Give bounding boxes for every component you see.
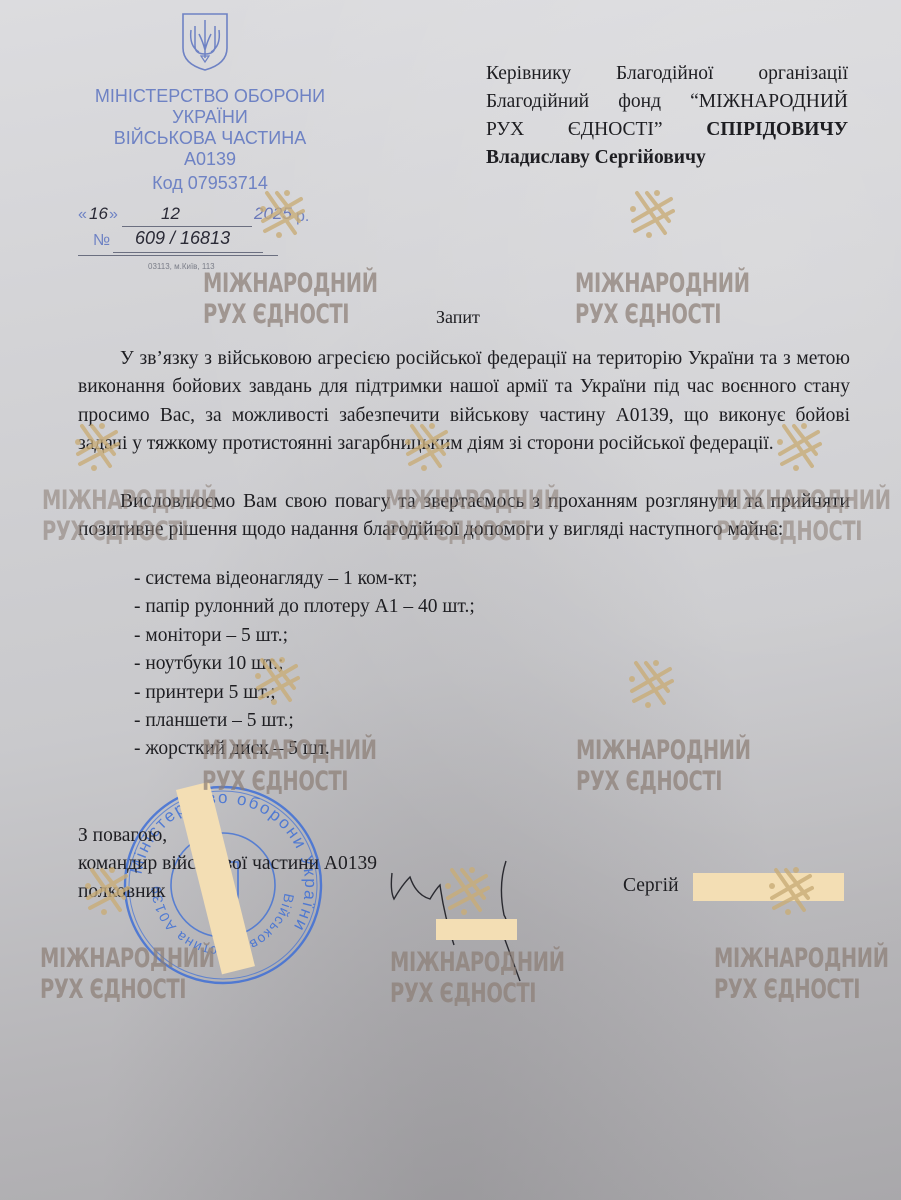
letterhead-ministry: МІНІСТЕРСТВО ОБОРОНИ xyxy=(70,86,350,107)
document-title: Запит xyxy=(436,307,480,328)
list-item: - планшети – 5 шт.; xyxy=(134,707,475,735)
watermark-logo-icon xyxy=(255,185,311,241)
watermark-logo-icon xyxy=(250,652,306,708)
addressee-given-names: Владиславу Сергійовичу xyxy=(486,144,848,172)
letterhead-unit-number: А0139 xyxy=(70,149,350,170)
list-item: - папір рулонний до плотеру А1 – 40 шт.; xyxy=(134,593,475,621)
date-month: 12 xyxy=(161,204,180,224)
watermark-text: МІЖНАРОДНИЙРУХ ЄДНОСТІ xyxy=(716,485,891,547)
date-open-quote: « xyxy=(78,206,87,224)
watermark-logo-icon xyxy=(80,862,136,918)
watermark-logo-icon xyxy=(625,185,681,241)
watermark-text: МІЖНАРОДНИЙРУХ ЄДНОСТІ xyxy=(714,943,889,1005)
date-underline xyxy=(122,226,252,227)
addressee-line-3: РУХ ЄДНОСТІ” СПІРІДОВИЧУ xyxy=(486,116,848,144)
watermark-text: МІЖНАРОДНИЙРУХ ЄДНОСТІ xyxy=(202,735,377,797)
watermark-logo-icon xyxy=(400,418,456,474)
addressee-line-2: Благодійний фонд “МІЖНАРОДНИЙ xyxy=(486,88,848,116)
list-item: - система відеонагляду – 1 ком-кт; xyxy=(134,565,475,593)
letterhead-country: УКРАЇНИ xyxy=(70,107,350,128)
addressee-org-name: РУХ ЄДНОСТІ” xyxy=(486,119,663,140)
number-label: № xyxy=(93,232,110,250)
watermark-text: МІЖНАРОДНИЙРУХ ЄДНОСТІ xyxy=(203,268,378,330)
watermark-text: МІЖНАРОДНИЙРУХ ЄДНОСТІ xyxy=(385,485,560,547)
watermark-text: МІЖНАРОДНИЙРУХ ЄДНОСТІ xyxy=(42,485,217,547)
watermark-logo-icon xyxy=(440,862,496,918)
watermark-text: МІЖНАРОДНИЙРУХ ЄДНОСТІ xyxy=(390,947,565,1009)
watermark-text: МІЖНАРОДНИЙРУХ ЄДНОСТІ xyxy=(575,268,750,330)
paragraph-1-text: У зв’язку з військовою агресією російськ… xyxy=(78,348,850,454)
trident-coat-of-arms-icon xyxy=(181,12,229,72)
date-day: 16 xyxy=(89,204,108,224)
watermark-logo-icon xyxy=(764,862,820,918)
watermark-logo-icon xyxy=(70,418,126,474)
watermark-logo-icon xyxy=(772,418,828,474)
closing-salutation: З повагою, xyxy=(78,822,167,850)
signer-first-name: Сергій xyxy=(623,875,679,897)
number-value: 609 / 16813 xyxy=(135,228,230,249)
redaction-signature-bar xyxy=(436,919,517,940)
letterhead-divider xyxy=(78,255,278,256)
addressee-surname: СПІРІДОВИЧУ xyxy=(706,119,848,140)
body-paragraph-1: У зв’язку з військовою агресією російськ… xyxy=(78,345,850,459)
letterhead-unit: ВІЙСЬКОВА ЧАСТИНА xyxy=(70,128,350,149)
watermark-text: МІЖНАРОДНИЙРУХ ЄДНОСТІ xyxy=(40,943,215,1005)
list-item: - монітори – 5 шт.; xyxy=(134,622,475,650)
date-close-quote: » xyxy=(109,206,118,224)
watermark-text: МІЖНАРОДНИЙРУХ ЄДНОСТІ xyxy=(576,735,751,797)
number-underline xyxy=(113,252,263,253)
addressee-line-1: Керівнику Благодійної організації xyxy=(486,60,848,88)
watermark-logo-icon xyxy=(624,655,680,711)
